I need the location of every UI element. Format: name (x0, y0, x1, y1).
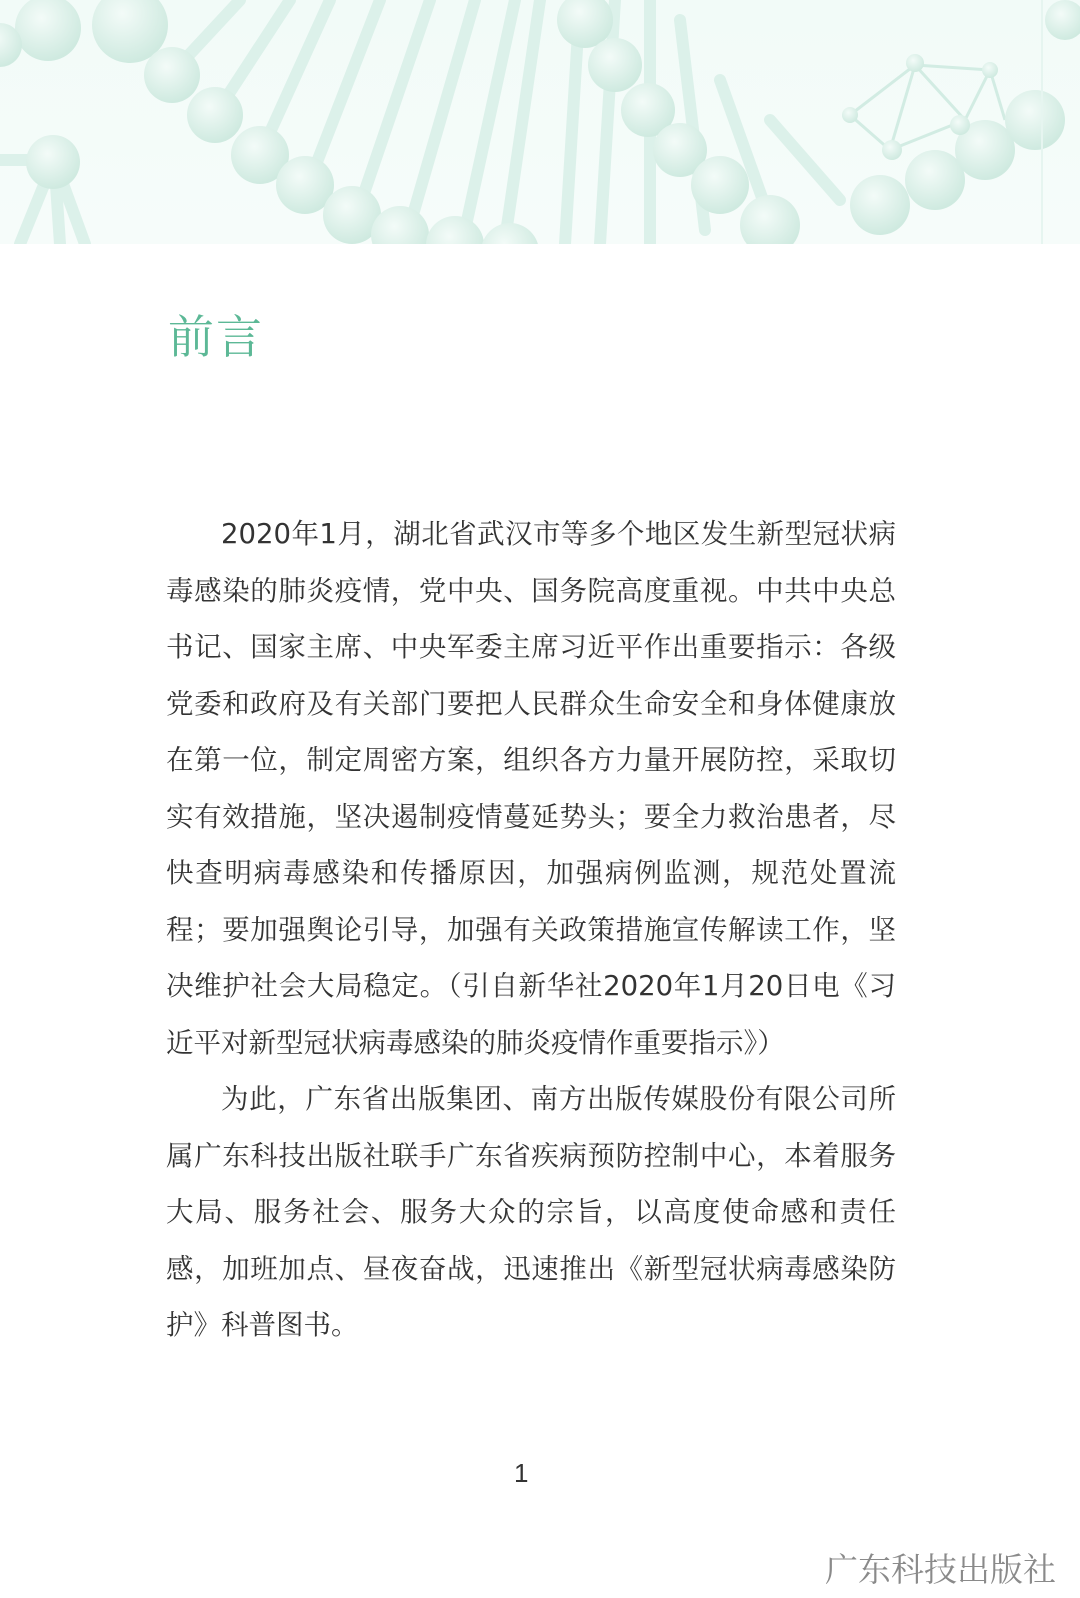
header-banner (0, 0, 1080, 244)
dna-molecule-illustration (0, 0, 1080, 244)
paragraph: 2020年1月，湖北省武汉市等多个地区发生新型冠状病毒感染的肺炎疫情，党中央、国… (166, 506, 896, 1071)
preface-body: 2020年1月，湖北省武汉市等多个地区发生新型冠状病毒感染的肺炎疫情，党中央、国… (166, 506, 896, 1354)
page-number: 1 (514, 1458, 528, 1489)
publisher-watermark: 广东科技出版社 (825, 1544, 1056, 1591)
page-title: 前言 (168, 301, 264, 367)
paragraph: 为此，广东省出版集团、南方出版传媒股份有限公司所属广东科技出版社联手广东省疾病预… (166, 1071, 896, 1354)
